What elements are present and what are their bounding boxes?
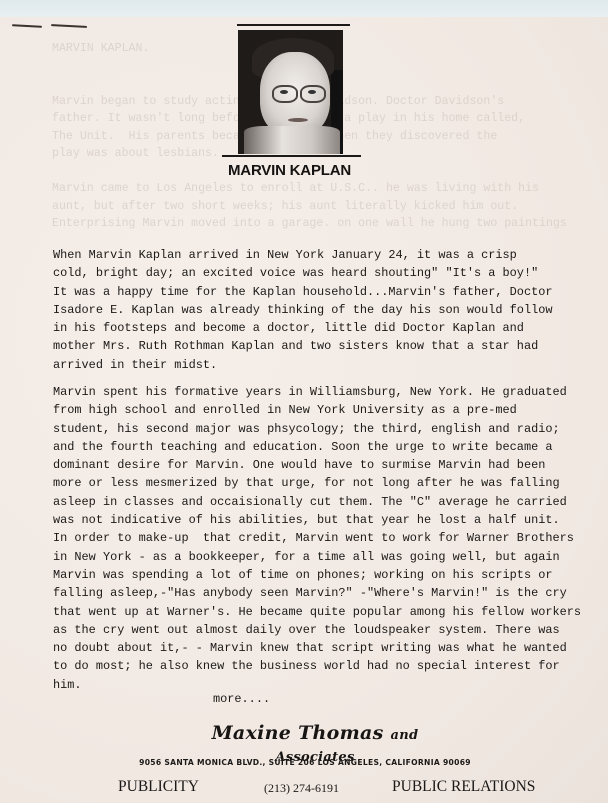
text-line: student, his second major was phsycology… (53, 420, 598, 438)
text-line: It was a happy time for the Kaplan house… (53, 283, 598, 301)
text-line: asleep in classes and occaisionally cut … (53, 493, 598, 511)
company-address: 9056 SANTA MONICA BLVD., SUITE 206 LOS A… (110, 758, 500, 767)
continuation-note: more.... (213, 692, 270, 706)
text-line: Marvin was spending a lot of time on pho… (53, 566, 598, 584)
text-line: Isadore E. Kaplan was already thinking o… (53, 301, 598, 319)
footer-publicity: PUBLICITY (118, 778, 199, 796)
text-line: in New York - as a bookkeeper, for a tim… (53, 548, 598, 566)
portrait-photo (238, 30, 343, 154)
text-line: falling asleep,-"Has anybody seen Marvin… (53, 584, 598, 602)
scanner-background-strip (0, 0, 608, 17)
text-line: and the fourth teaching and education. S… (53, 438, 598, 456)
footer-public-relations: PUBLIC RELATIONS (392, 778, 535, 796)
text-line: In order to make-up that credit, Marvin … (53, 529, 598, 547)
footer-phone: (213) 274-6191 (264, 781, 339, 796)
text-line: no doubt about it,- - Marvin knew that s… (53, 639, 598, 657)
text-line: that went up at Warner's. He became quit… (53, 603, 598, 621)
company-name: Maxine Thomas (212, 722, 384, 744)
text-line: arrived in their midst. (53, 356, 598, 374)
text-line: him. (53, 676, 598, 694)
text-line: dominant desire for Marvin. One would ha… (53, 456, 598, 474)
text-line: Marvin spent his formative years in Will… (53, 383, 598, 401)
photo-caption: MARVIN KAPLAN (222, 162, 357, 179)
photo-bottom-rule (222, 155, 361, 157)
text-line: more or less mesmerized by that urge, fo… (53, 474, 598, 492)
text-line: in his footsteps and become a doctor, li… (53, 319, 598, 337)
edge-mark (12, 24, 42, 28)
paragraph-birth: When Marvin Kaplan arrived in New York J… (53, 246, 598, 374)
paragraph-education-career: Marvin spent his formative years in Will… (53, 383, 598, 694)
text-line: from high school and enrolled in New Yor… (53, 401, 598, 419)
text-line: mother Mrs. Ruth Rothman Kaplan and two … (53, 337, 598, 355)
text-line: When Marvin Kaplan arrived in New York J… (53, 246, 598, 264)
photo-top-rule (237, 24, 350, 26)
text-line: cold, bright day; an excited voice was h… (53, 264, 598, 282)
text-line: as the cry went out almost daily over th… (53, 621, 598, 639)
text-line: was not indicative of his abilities, but… (53, 511, 598, 529)
edge-mark (51, 24, 87, 28)
text-line: to do most; he also knew the business wo… (53, 657, 598, 675)
